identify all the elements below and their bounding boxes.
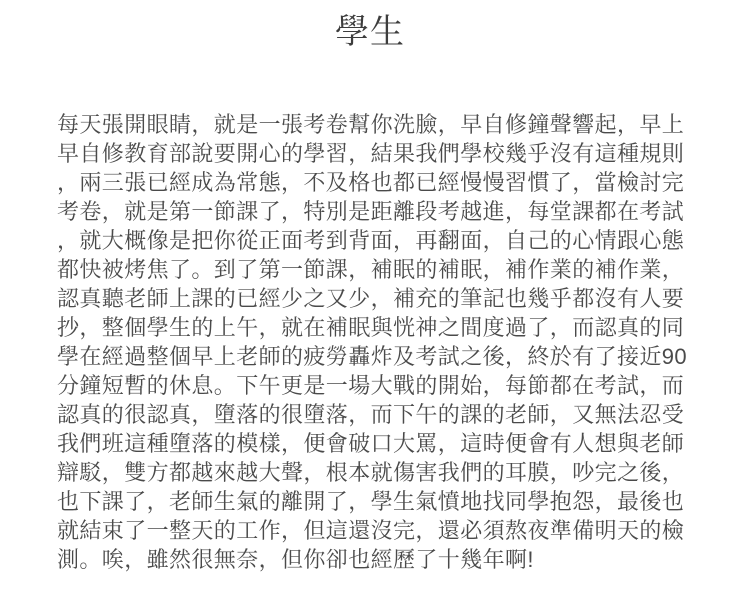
essay-paragraph: 每天張開眼睛，就是一張考卷幫你洗臉，早自修鐘聲響起，早上 早自修教育部說要開心的… bbox=[57, 110, 700, 574]
document-page: 學生 每天張開眼睛，就是一張考卷幫你洗臉，早自修鐘聲響起，早上 早自修教育部說要… bbox=[0, 8, 740, 589]
page-title: 學生 bbox=[0, 8, 740, 56]
